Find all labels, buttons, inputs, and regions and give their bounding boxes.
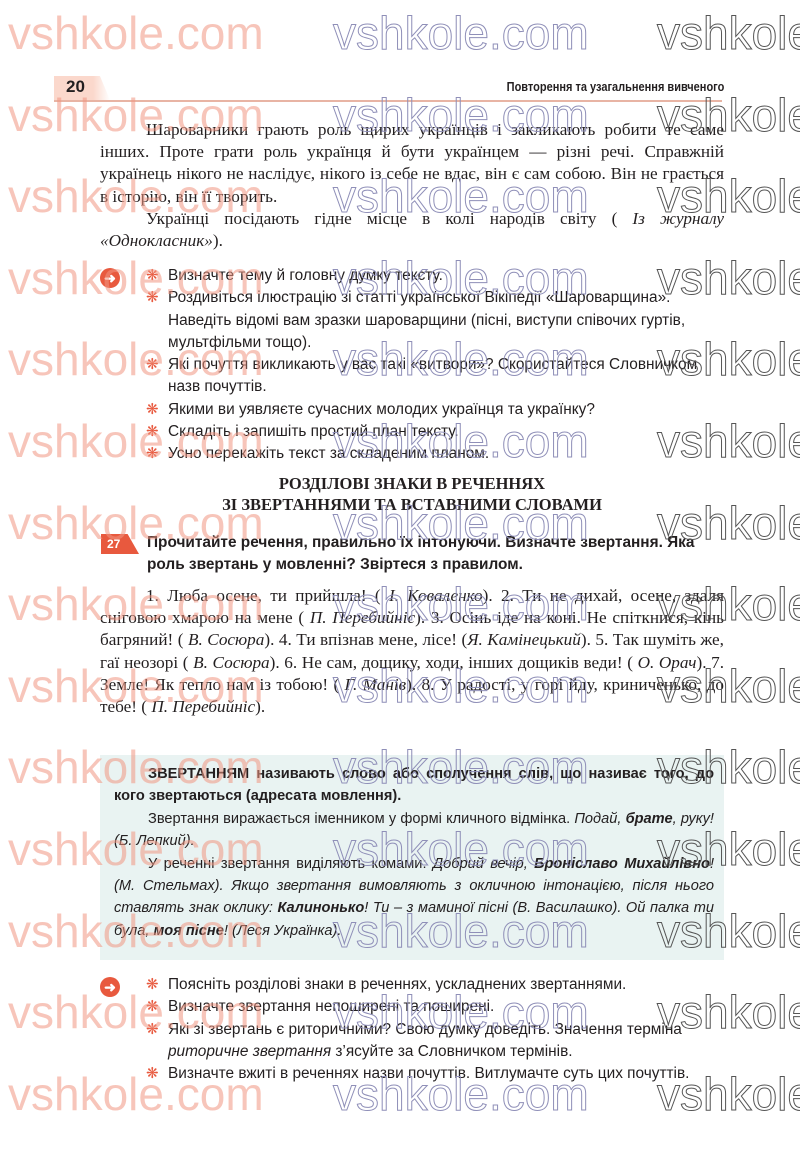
sentence: 1. Люба осене, ти прийшла! (	[146, 586, 389, 605]
task-item: ❋Роздивіться ілюстрацію зі статті україн…	[146, 287, 724, 354]
rule-text: ЗВЕРТАННЯМ називають слово або сполученн…	[114, 763, 714, 942]
watermark: vshkole.com	[8, 10, 264, 56]
sentence: 6. Не сам, дощику, ходи, інших дощиків в…	[284, 653, 637, 672]
task-item: ❋Визначте тему й головну думку тексту.	[146, 265, 724, 287]
header-rule	[54, 100, 722, 102]
bullet-icon: ❋	[146, 399, 159, 421]
tasks-block-2: ➜ ❋Поясніть розділові знаки в реченнях, …	[100, 974, 724, 1085]
sentence: 4. Ти впізнав мене, лісе! (	[279, 630, 467, 649]
exercise-number-badge: 27	[101, 534, 139, 554]
bullet-icon: ❋	[146, 421, 159, 443]
bullet-icon: ❋	[146, 443, 159, 465]
page-number: 20	[66, 77, 85, 97]
term-italic: риторичне звертання	[168, 1043, 331, 1060]
task-list-1: ❋Визначте тему й головну думку тексту. ❋…	[100, 265, 724, 466]
task-item: ❋Складіть і запишіть простий план тексту…	[146, 421, 724, 443]
sentence-author: І. Коваленко	[389, 586, 483, 605]
rule-paragraph-3: У реченні звертання виділяють комами: До…	[114, 853, 714, 943]
intro-paragraph-1: Шароварники грають роль щирих українців …	[100, 119, 724, 208]
bullet-icon: ❋	[146, 354, 159, 376]
arrow-right-circle-icon: ➜	[100, 977, 120, 997]
watermark: vshkole.com	[333, 10, 589, 56]
bullet-icon: ❋	[146, 974, 159, 996]
sentence-author: О. Орач	[638, 653, 697, 672]
bullet-icon: ❋	[146, 996, 159, 1018]
rule-paragraph-2: Звертання виражається іменником у формі …	[114, 808, 714, 853]
task-item: ❋Які почуття викликають у вас такі «витв…	[146, 354, 724, 399]
bullet-icon: ❋	[146, 1019, 159, 1041]
task-item: ❋Визначте звертання непоширені та пошире…	[146, 996, 724, 1018]
sentence-author: В. Сосюра	[188, 630, 264, 649]
bullet-icon: ❋	[146, 287, 159, 309]
sentence-author: П. Перебийніс	[310, 608, 415, 627]
task-item: ❋Якими ви уявляєте сучасних молодих укра…	[146, 399, 724, 421]
exercise-task: Прочитайте речення, правильно їх інтоную…	[147, 532, 725, 576]
bullet-icon: ❋	[146, 1063, 159, 1085]
task-item: ❋Поясніть розділові знаки в реченнях, ус…	[146, 974, 724, 996]
arrow-right-circle-icon: ➜	[100, 268, 120, 288]
sentence-author: Я. Камінецький	[467, 630, 581, 649]
task-item: ❋Усно перекажіть текст за складеним план…	[146, 443, 724, 465]
watermark: vshkole.com	[657, 10, 800, 56]
exercise-sentences: 1. Люба осене, ти прийшла! ( І. Коваленк…	[100, 585, 724, 718]
sentence-author: Г. Манів	[345, 675, 407, 694]
rule-term: ЗВЕРТАННЯМ	[148, 766, 249, 782]
task-list-2: ❋Поясніть розділові знаки в реченнях, ус…	[100, 974, 724, 1085]
intro-paragraph-2: Українці посідають гідне місце в колі на…	[100, 208, 724, 252]
sentence-author: П. Перебийніс	[151, 697, 255, 716]
bullet-icon: ❋	[146, 265, 159, 287]
task-item: ❋Визначте вжиті в реченнях назви почутті…	[146, 1063, 724, 1085]
tasks-block-1: ➜ ❋Визначте тему й головну думку тексту.…	[100, 265, 724, 466]
sentence-author: В. Сосюра	[193, 653, 270, 672]
section-title: РОЗДІЛОВІ ЗНАКИ В РЕЧЕННЯХ ЗІ ЗВЕРТАННЯМ…	[100, 473, 724, 515]
intro-text: Шароварники грають роль щирих українців …	[100, 119, 724, 252]
task-item: ❋Які зі звертань є риторичними? Свою дум…	[146, 1019, 724, 1064]
rule-definition: ЗВЕРТАННЯМ називають слово або сполученн…	[114, 763, 714, 808]
running-head: Повторення та узагальнення вивченого	[506, 80, 724, 94]
sentences-paragraph: 1. Люба осене, ти прийшла! ( І. Коваленк…	[100, 585, 724, 718]
